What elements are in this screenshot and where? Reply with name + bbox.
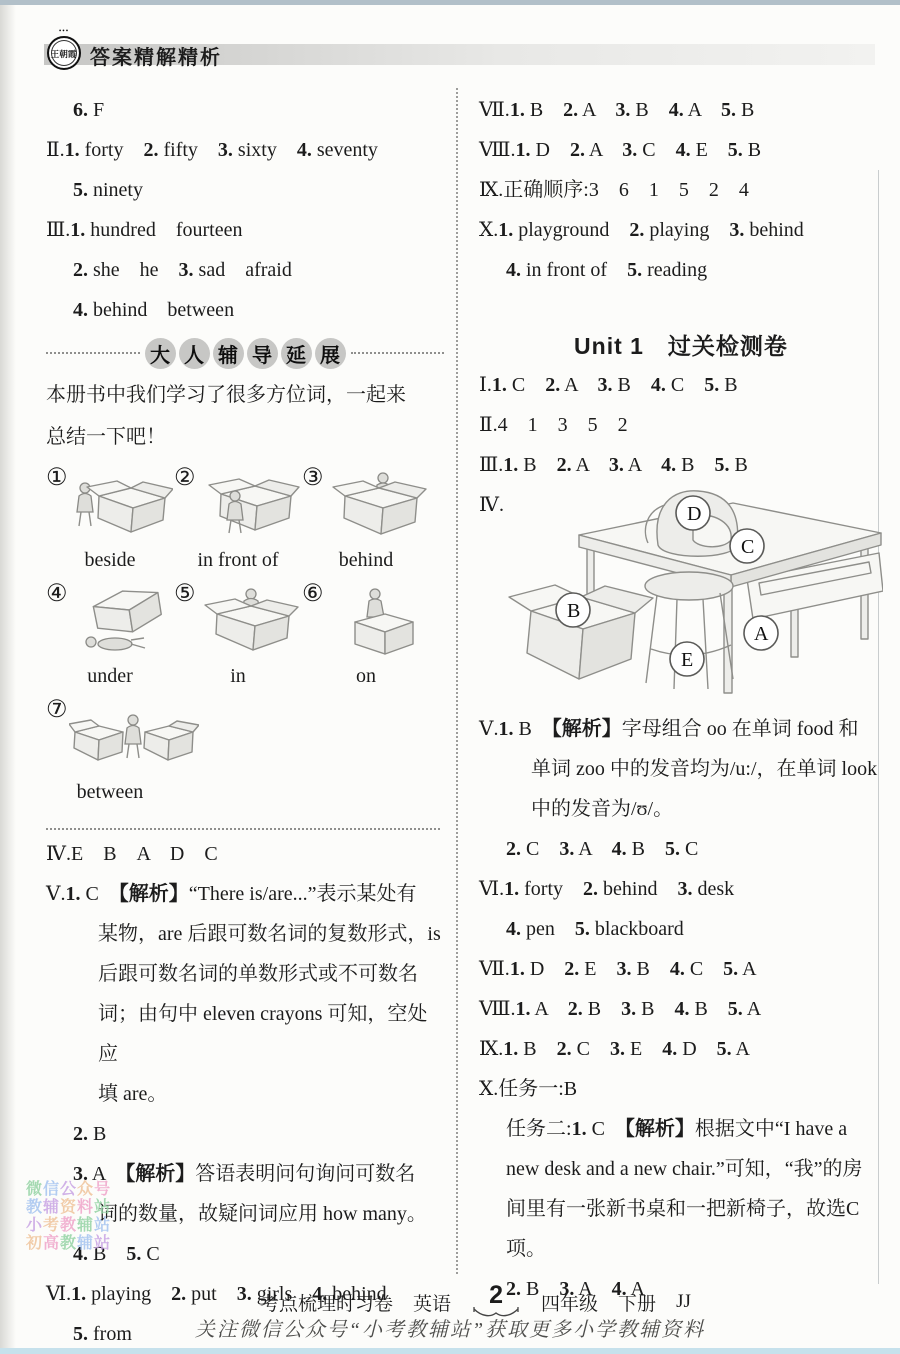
- item-number: ①: [46, 466, 68, 490]
- label-a: A: [754, 623, 769, 645]
- beside-illustration-icon: [69, 466, 173, 545]
- preposition-label: in: [174, 662, 302, 690]
- scan-bottom-strip: [0, 1348, 900, 1354]
- preposition-label: under: [46, 662, 174, 690]
- item-number: ⑦: [46, 698, 68, 722]
- answer-line: 4. pen 5. blackboard: [479, 909, 883, 949]
- answer-line: Ⅲ.1. hundred fourteen: [46, 210, 444, 250]
- desk-scene-block: Ⅳ.: [479, 485, 883, 705]
- preposition-item-beside: ① beside: [46, 466, 174, 574]
- explanation-line: 间里有一张新书桌和一把新椅子，故选C项。: [479, 1189, 883, 1269]
- answer-line: Ⅴ.1. B 【解析】字母组合 oo 在单词 food 和: [479, 709, 883, 749]
- answer-line: Ⅳ.E B A D C: [46, 834, 444, 874]
- answer-line: Ⅴ.1. C 【解析】“There is/are...”表示某处有: [46, 874, 444, 914]
- preposition-item-under: ④ under: [46, 582, 174, 690]
- answer-line: Ⅷ.1. D 2. A 3. C 4. E 5. B: [479, 130, 883, 170]
- answer-line: Ⅸ.正确顺序:3 6 1 5 2 4: [479, 170, 883, 210]
- answer-line: 2. C 3. A 4. B 5. C: [479, 829, 883, 869]
- preposition-label: between: [46, 778, 174, 806]
- behind-illustration-icon: [325, 466, 429, 545]
- answer-line: 4. behind between: [46, 290, 444, 330]
- answer-line: Ⅹ.任务一:B: [479, 1069, 883, 1109]
- footer-grade: 四年级: [541, 1289, 598, 1316]
- preposition-item-between: ⑦ between: [46, 698, 174, 806]
- between-illustration-icon: [69, 698, 199, 777]
- in-illustration-icon: [197, 582, 301, 661]
- under-illustration-icon: [69, 582, 173, 661]
- preposition-grid: ① beside ② in fro: [46, 466, 430, 814]
- answer-line: Ⅶ.1. D 2. E 3. B 4. C 5. A: [479, 949, 883, 989]
- item-number: ④: [46, 582, 68, 606]
- answer-line: 6. F: [46, 90, 444, 130]
- right-column: Ⅶ.1. B 2. A 3. B 4. A 5. B Ⅷ.1. D 2. A 3…: [479, 90, 883, 1309]
- answer-line: Ⅵ.1. forty 2. behind 3. desk: [479, 869, 883, 909]
- answer-line: 5. ninety: [46, 170, 444, 210]
- answer-line: 3. A 【解析】答语表明问句询问可数名: [46, 1154, 444, 1194]
- item-number: ⑥: [302, 582, 324, 606]
- item-number: ②: [174, 466, 196, 490]
- explanation-line: 中的发音为/ʊ/。: [479, 789, 883, 829]
- item-number: ③: [302, 466, 324, 490]
- section-divider: [46, 828, 440, 830]
- label-d: D: [687, 503, 701, 525]
- brand-logo: ••• 王朝霞: [46, 28, 82, 70]
- column-divider: [456, 88, 458, 1274]
- preposition-label: on: [302, 662, 430, 690]
- scan-left-edge: [0, 5, 16, 1354]
- tutor-intro-line: 本册书中我们学习了很多方位词，一起来: [46, 374, 444, 416]
- answer-line: Ⅸ.1. B 2. C 3. E 4. D 5. A: [479, 1029, 883, 1069]
- answer-line: Ⅱ.4 1 3 5 2: [479, 405, 883, 445]
- tutor-intro-line: 总结一下吧！: [46, 416, 444, 458]
- footer-version: JJ: [676, 1291, 691, 1313]
- tutor-section-header: 大人辅导延展: [46, 332, 444, 374]
- answer-line: Ⅲ.1. B 2. A 3. A 4. B 5. B: [479, 445, 883, 485]
- answer-line: 4. in front of 5. reading: [479, 250, 883, 290]
- answer-line: 2. B: [46, 1114, 444, 1154]
- answer-line: Ⅷ.1. A 2. B 3. B 4. B 5. A: [479, 989, 883, 1029]
- logo-crown-decoration: •••: [46, 28, 82, 35]
- desk-scene-illustration: D C B A E: [495, 483, 883, 706]
- answer-line: 4. B 5. C: [46, 1234, 444, 1274]
- page-title: 答案精解精析: [90, 41, 222, 70]
- explanation-line: 词；由句中 eleven crayons 可知，空处应: [46, 994, 444, 1074]
- logo-circle: 王朝霞: [47, 36, 81, 70]
- answer-line: Ⅰ.1. C 2. A 3. B 4. C 5. B: [479, 365, 883, 405]
- wechat-promo-note: 关注微信公众号“小考教辅站”获取更多小学教辅资料: [0, 1313, 900, 1342]
- label-c: C: [741, 536, 754, 558]
- preposition-label: beside: [46, 546, 174, 574]
- label-e: E: [681, 649, 693, 671]
- preposition-item-behind: ③ behind: [302, 466, 430, 574]
- footer-term: 下册: [618, 1289, 656, 1316]
- footer-series: 考点梳理时习卷: [260, 1289, 393, 1316]
- preposition-item-on: ⑥ on: [302, 582, 430, 690]
- answer-line: 任务二:1. C 【解析】根据文中“I have a: [479, 1109, 883, 1149]
- explanation-line: 某物，are 后跟可数名词的复数形式，is: [46, 914, 444, 954]
- scan-top-strip: [0, 0, 900, 5]
- in-front-of-illustration-icon: [197, 466, 301, 545]
- answer-line: Ⅱ.1. forty 2. fifty 3. sixty 4. seventy: [46, 130, 444, 170]
- page-number: 2: [489, 1284, 503, 1306]
- explanation-line: new desk and a new chair.”可知，“我”的房: [479, 1149, 883, 1189]
- item-number: ⑤: [174, 582, 196, 606]
- preposition-item-in-front-of: ② in front of: [174, 466, 302, 574]
- answer-line: Ⅹ.1. playground 2. playing 3. behind: [479, 210, 883, 250]
- preposition-item-in: ⑤ in: [174, 582, 302, 690]
- tutor-section-title: 大人辅导延展: [145, 338, 346, 369]
- label-b: B: [567, 600, 580, 622]
- answer-line: 2. she he 3. sad afraid: [46, 250, 444, 290]
- unit-section-title: Unit 1 过关检测卷: [479, 328, 883, 361]
- preposition-label: behind: [302, 546, 430, 574]
- footer-subject: 英语: [413, 1289, 451, 1316]
- logo-text: 王朝霞: [51, 47, 77, 59]
- on-illustration-icon: [325, 582, 429, 661]
- preposition-label: in front of: [174, 546, 302, 574]
- explanation-line: 后跟可数名词的单数形式或不可数名: [46, 954, 444, 994]
- answer-line: Ⅶ.1. B 2. A 3. B 4. A 5. B: [479, 90, 883, 130]
- explanation-line: 填 are。: [46, 1074, 444, 1114]
- explanation-line: 单词 zoo 中的发音均为/u:/，在单词 look: [479, 749, 883, 789]
- left-column: 6. F Ⅱ.1. forty 2. fifty 3. sixty 4. sev…: [46, 90, 444, 1354]
- explanation-line: 词的数量，故疑问词应用 how many。: [46, 1194, 444, 1234]
